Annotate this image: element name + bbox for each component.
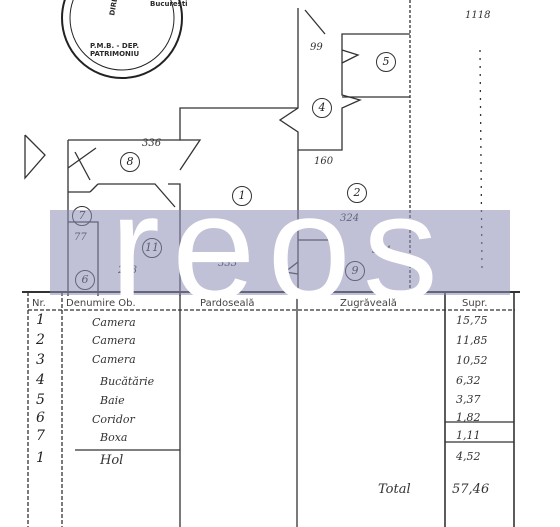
row-area: 3,37 [456,393,481,406]
col-header-area: Supr. [462,298,487,309]
col-header-no: Nr. [32,298,46,309]
row-name: Camera [92,353,136,366]
row-name: Boxa [100,431,127,444]
row-name: Camera [92,316,136,329]
room-number: 4 [312,98,332,118]
stamp-text: P.M.B. - DEP. PATRIMONIU [90,42,184,58]
dimension-label: 99 [310,42,323,53]
dimension-label: 160 [314,156,333,167]
row-number: 4 [36,372,45,388]
row-name: Coridor [92,413,135,426]
row-number: 1 [36,450,45,466]
total-value: 57,46 [452,482,489,497]
row-number: 1 [36,312,45,328]
row-area: 1,82 [456,411,481,424]
row-area: 1,11 [456,429,481,442]
stamp-text: Bucuresti [150,0,188,8]
col-header-paint: Zugrăveală [340,298,397,309]
col-header-floor: Pardoseală [200,298,255,309]
row-area: 11,85 [456,334,488,347]
room-number: 2 [347,183,367,203]
row-number: 5 [36,392,45,408]
room-number: 8 [120,152,140,172]
room-number: 1 [232,186,252,206]
room-number: 5 [376,52,396,72]
official-stamp: P.M.B. - DEP. PATRIMONIU DIRECTIA 8 Bucu… [60,0,184,80]
row-number: 6 [36,410,45,426]
row-area: 15,75 [456,314,488,327]
col-header-name: Denumire Ob. [66,298,136,309]
row-number: 3 [36,352,45,368]
row-area: 6,32 [456,374,481,387]
row-name: Baie [100,394,125,407]
dimension-label: 336 [142,138,161,149]
total-label: Total [378,482,411,497]
row-area: 4,52 [456,450,481,463]
row-name: Bucătărie [100,375,154,388]
top-right-annotation: 1118 [465,10,490,21]
row-number: 7 [36,428,45,444]
row-name: Camera [92,334,136,347]
row-number: 2 [36,332,45,348]
row-area: 10,52 [456,354,488,367]
row-name: Hol [100,453,123,468]
